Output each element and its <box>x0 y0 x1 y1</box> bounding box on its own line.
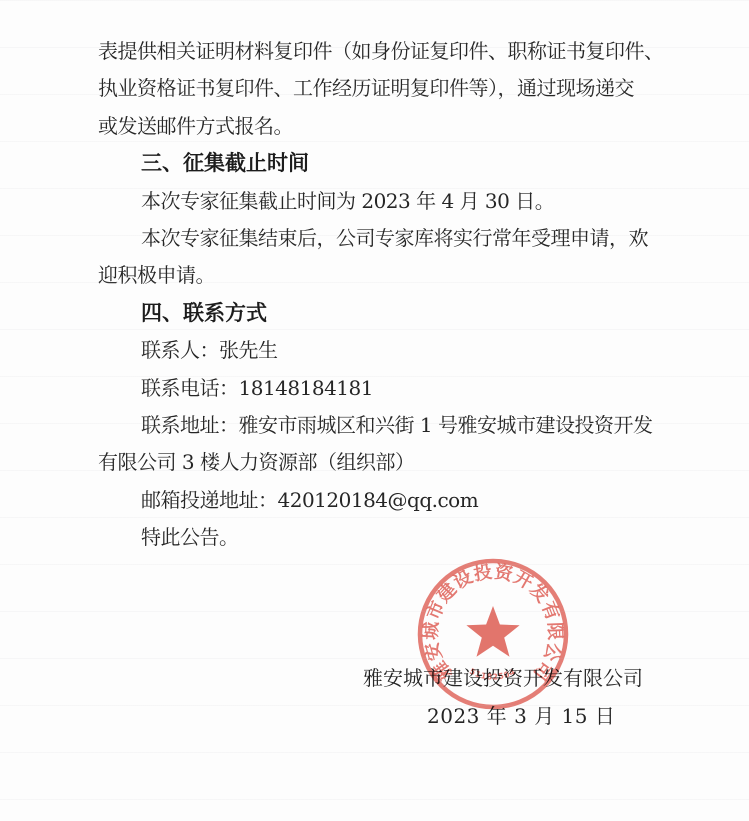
contact-address-line: 联系地址：雅安市雨城区和兴街 1 号雅安城市建设投资开发 <box>98 407 664 444</box>
deadline-line: 本次专家征集截止时间为 2023 年 4 月 30 日。 <box>98 183 664 220</box>
heading-section-4-contact: 四、联系方式 <box>98 295 664 332</box>
contact-address-line: 有限公司 3 楼人力资源部（组织部） <box>98 444 664 481</box>
contact-person-line: 联系人：张先生 <box>98 332 664 369</box>
document-page: 表提供相关证明材料复印件（如身份证复印件、职称证书复印件、 执业资格证书复印件、… <box>0 0 749 821</box>
contact-phone-line: 联系电话：18148184181 <box>98 370 664 407</box>
paragraph-application-materials-line: 表提供相关证明材料复印件（如身份证复印件、职称证书复印件、 <box>98 33 664 70</box>
heading-section-3-deadline: 三、征集截止时间 <box>98 145 664 182</box>
ongoing-acceptance-line: 本次专家征集结束后，公司专家库将实行常年受理申请，欢 <box>98 220 664 257</box>
paragraph-application-materials-line: 或发送邮件方式报名。 <box>98 108 664 145</box>
star-icon <box>466 606 519 657</box>
paragraph-application-materials-line: 执业资格证书复印件、工作经历证明复印件等），通过现场递交 <box>98 70 664 107</box>
ongoing-acceptance-line: 迎积极申请。 <box>98 257 664 294</box>
email-address-line: 邮箱投递地址：420120184@qq.com <box>98 482 664 519</box>
document-body: 表提供相关证明材料复印件（如身份证复印件、职称证书复印件、 执业资格证书复印件、… <box>98 33 664 556</box>
official-seal: 雅安城市建设投资开发有限公司 5118250479 <box>415 556 571 712</box>
closing-line: 特此公告。 <box>98 519 664 556</box>
